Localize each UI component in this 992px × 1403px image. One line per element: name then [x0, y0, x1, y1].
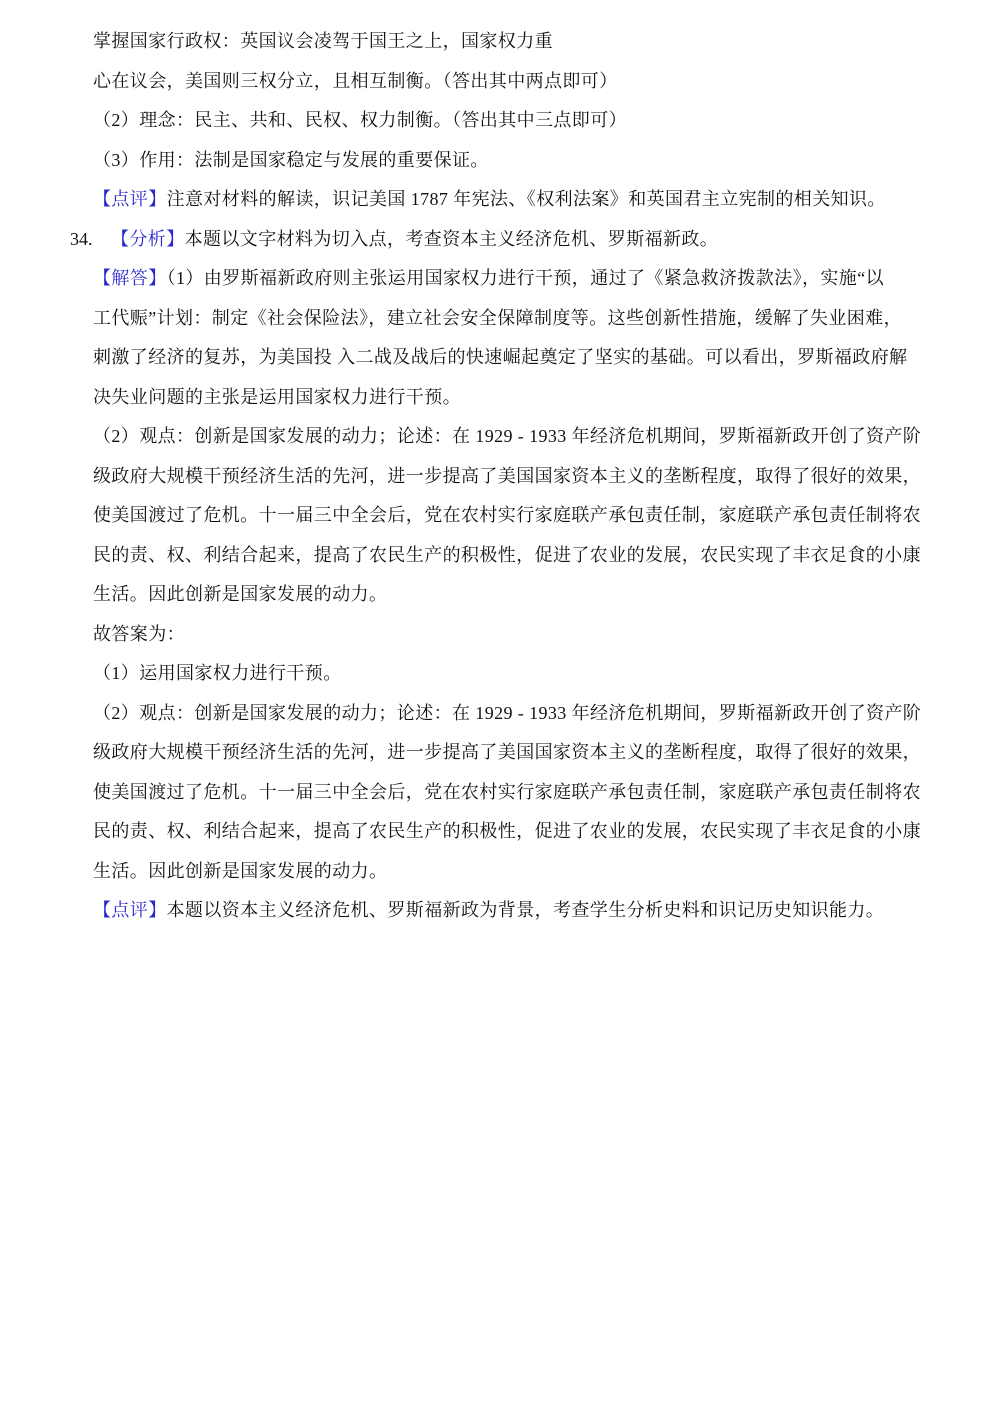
line-text: （1）运用国家权力进行干预。: [93, 663, 342, 683]
line-text: 使美国渡过了危机。十一届三中全会后，党在农村实行家庭联产承包责任制，家庭联产承包…: [93, 782, 921, 802]
line-text: （2）观点：创新是国家发展的动力；论述：在 1929 - 1933 年经济危机期…: [93, 426, 921, 446]
text-line: 级政府大规模干预经济生活的先河，进一步提高了美国国家资本主义的垄断程度，取得了很…: [0, 733, 992, 773]
text-line: 民的责、权、利结合起来，提高了农民生产的积极性，促进了农业的发展，农民实现了丰衣…: [0, 812, 992, 852]
line-text: 生活。因此创新是国家发展的动力。: [93, 584, 387, 604]
line-text: （3）作用：法制是国家稳定与发展的重要保证。: [93, 150, 489, 170]
text-line: （2）观点：创新是国家发展的动力；论述：在 1929 - 1933 年经济危机期…: [0, 417, 992, 457]
line-text: 注意对材料的解读，识记美国 1787 年宪法、《权利法案》和英国君主立宪制的相关…: [167, 189, 886, 209]
text-line: 【点评】注意对材料的解读，识记美国 1787 年宪法、《权利法案》和英国君主立宪…: [0, 180, 992, 220]
text-line: 掌握国家行政权：英国议会凌驾于国王之上，国家权力重: [0, 22, 992, 62]
answers-block: 掌握国家行政权：英国议会凌驾于国王之上，国家权力重 心在议会，美国则三权分立，且…: [0, 0, 992, 931]
text-line: 民的责、权、利结合起来，提高了农民生产的积极性，促进了农业的发展，农民实现了丰衣…: [0, 536, 992, 576]
analysis-marker: 【分析】: [111, 229, 185, 249]
text-line: 工代赈”计划：制定《社会保险法》，建立社会安全保障制度等。这些创新性措施，缓解了…: [0, 299, 992, 339]
review-marker: 【点评】: [93, 900, 167, 920]
line-text: （2）理念：民主、共和、民权、权力制衡。（答出其中三点即可）: [93, 110, 627, 130]
line-text: 决失业问题的主张是运用国家权力进行干预。: [93, 387, 461, 407]
line-text: 级政府大规模干预经济生活的先河，进一步提高了美国国家资本主义的垄断程度，取得了很…: [93, 466, 921, 486]
text-line: 级政府大规模干预经济生活的先河，进一步提高了美国国家资本主义的垄断程度，取得了很…: [0, 457, 992, 497]
text-line: 刺激了经济的复苏，为美国投 入二战及战后的快速崛起奠定了坚实的基础。可以看出，罗…: [0, 338, 992, 378]
document-page: 掌握国家行政权：英国议会凌驾于国王之上，国家权力重 心在议会，美国则三权分立，且…: [0, 0, 992, 1403]
line-text: 本题以文字材料为切入点，考查资本主义经济危机、罗斯福新政。: [185, 229, 719, 249]
line-text: 工代赈”计划：制定《社会保险法》，建立社会安全保障制度等。这些创新性措施，缓解了…: [93, 308, 902, 328]
text-line: 生活。因此创新是国家发展的动力。: [0, 852, 992, 892]
line-text: 生活。因此创新是国家发展的动力。: [93, 861, 387, 881]
line-text: 掌握国家行政权：英国议会凌驾于国王之上，国家权力重: [93, 31, 553, 51]
question-number: 34.: [70, 220, 111, 260]
line-text: 故答案为：: [93, 624, 185, 644]
answer-marker: 【解答】: [93, 268, 167, 288]
text-line: 故答案为：: [0, 615, 992, 655]
line-text: 刺激了经济的复苏，为美国投 入二战及战后的快速崛起奠定了坚实的基础。可以看出，罗…: [93, 347, 908, 367]
text-line: （3）作用：法制是国家稳定与发展的重要保证。: [0, 141, 992, 181]
text-line: 使美国渡过了危机。十一届三中全会后，党在农村实行家庭联产承包责任制，家庭联产承包…: [0, 496, 992, 536]
line-text: （2）观点：创新是国家发展的动力；论述：在 1929 - 1933 年经济危机期…: [93, 703, 921, 723]
text-line: 使美国渡过了危机。十一届三中全会后，党在农村实行家庭联产承包责任制，家庭联产承包…: [0, 773, 992, 813]
line-text: 民的责、权、利结合起来，提高了农民生产的积极性，促进了农业的发展，农民实现了丰衣…: [93, 545, 921, 565]
line-text: （1）由罗斯福新政府则主张运用国家权力进行干预，通过了《紧急救济拨款法》，实施“…: [167, 268, 884, 288]
line-text: 级政府大规模干预经济生活的先河，进一步提高了美国国家资本主义的垄断程度，取得了很…: [93, 742, 921, 762]
text-line: （1）运用国家权力进行干预。: [0, 654, 992, 694]
review-marker: 【点评】: [93, 189, 167, 209]
text-line: 34.【分析】本题以文字材料为切入点，考查资本主义经济危机、罗斯福新政。: [0, 220, 992, 260]
text-line: （2）理念：民主、共和、民权、权力制衡。（答出其中三点即可）: [0, 101, 992, 141]
text-line: 【解答】（1）由罗斯福新政府则主张运用国家权力进行干预，通过了《紧急救济拨款法》…: [0, 259, 992, 299]
text-line: 生活。因此创新是国家发展的动力。: [0, 575, 992, 615]
line-text: 民的责、权、利结合起来，提高了农民生产的积极性，促进了农业的发展，农民实现了丰衣…: [93, 821, 921, 841]
text-line: 决失业问题的主张是运用国家权力进行干预。: [0, 378, 992, 418]
line-text: 心在议会，美国则三权分立，且相互制衡。（答出其中两点即可）: [93, 71, 618, 91]
line-text: 本题以资本主义经济危机、罗斯福新政为背景，考查学生分析史料和识记历史知识能力。: [167, 900, 885, 920]
text-line: （2）观点：创新是国家发展的动力；论述：在 1929 - 1933 年经济危机期…: [0, 694, 992, 734]
line-text: 使美国渡过了危机。十一届三中全会后，党在农村实行家庭联产承包责任制，家庭联产承包…: [93, 505, 921, 525]
text-line: 【点评】本题以资本主义经济危机、罗斯福新政为背景，考查学生分析史料和识记历史知识…: [0, 891, 992, 931]
text-line: 心在议会，美国则三权分立，且相互制衡。（答出其中两点即可）: [0, 62, 992, 102]
